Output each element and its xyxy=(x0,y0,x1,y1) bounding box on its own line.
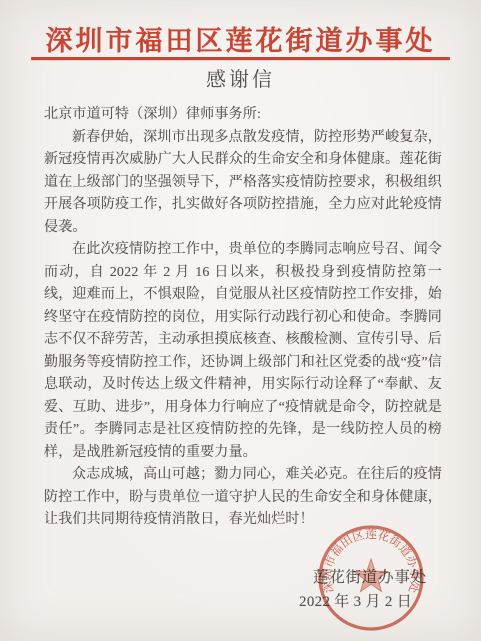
paragraph-1: 新春伊始，深圳市出现多点散发疫情，防控形势严峻复杂，新冠疫情再次威胁广大人民群众… xyxy=(44,127,442,240)
salutation: 北京市道可特（深圳）律师事务所: xyxy=(44,104,442,127)
paragraph-2: 在此次疫情防控工作中，贵单位的李腾同志响应号召、闻令而动，自 2022 年 2 … xyxy=(44,239,442,464)
letter-body: 北京市道可特（深圳）律师事务所: 新春伊始，深圳市出现多点散发疫情，防控形势严峻… xyxy=(44,104,442,532)
scanned-letter-page: 深圳市福田区莲花街道办事处 感谢信 北京市道可特（深圳）律师事务所: 新春伊始，… xyxy=(0,0,481,641)
official-seal-stamp: 深圳市福田区莲花街道办事处 xyxy=(315,522,427,634)
seal-graphic: 深圳市福田区莲花街道办事处 xyxy=(315,522,427,634)
seal-star-icon xyxy=(354,559,388,592)
letterhead-rule xyxy=(31,57,450,60)
document-title: 感谢信 xyxy=(0,63,481,92)
letterhead-org-name: 深圳市福田区莲花街道办事处 xyxy=(0,19,481,58)
